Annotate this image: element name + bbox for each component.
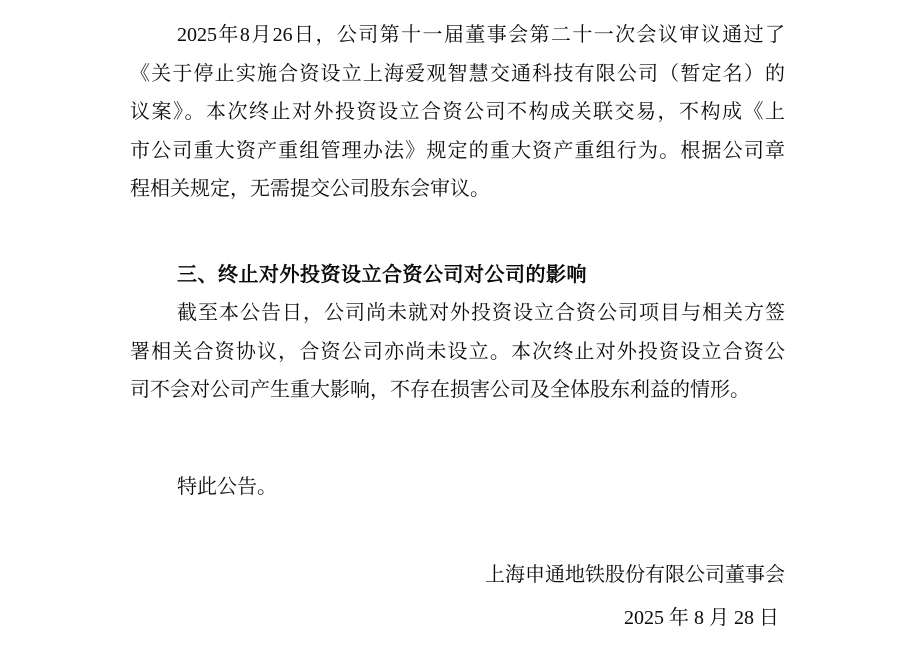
body-line: 议案》。本次终止对外投资设立合资公司不构成关联交易，不构成《上 xyxy=(130,93,785,132)
body-line: 2025年8月26日，公司第十一届董事会第二十一次会议审议通过了 xyxy=(130,16,785,55)
date-line: 2025 年 8 月 28 日 xyxy=(130,599,785,638)
body-line: 程相关规定，无需提交公司股东会审议。 xyxy=(130,170,785,209)
closing-line: 特此公告。 xyxy=(130,468,785,507)
body-line: 截至本公告日，公司尚未就对外投资设立合资公司项目与相关方签 xyxy=(130,294,785,333)
section-heading: 三、终止对外投资设立合资公司对公司的影响 xyxy=(130,256,785,295)
body-line: 司不会对公司产生重大影响，不存在损害公司及全体股东利益的情形。 xyxy=(130,371,785,410)
announcement-paragraph-2: 截至本公告日，公司尚未就对外投资设立合资公司项目与相关方签 署相关合资协议，合资… xyxy=(130,294,785,410)
signature-line: 上海申通地铁股份有限公司董事会 xyxy=(130,556,785,595)
announcement-paragraph-1: 2025年8月26日，公司第十一届董事会第二十一次会议审议通过了 《关于停止实施… xyxy=(130,16,785,209)
body-line: 《关于停止实施合资设立上海爱观智慧交通科技有限公司（暂定名）的 xyxy=(130,55,785,94)
body-line: 署相关合资协议，合资公司亦尚未设立。本次终止对外投资设立合资公 xyxy=(130,333,785,372)
document-page: 2025年8月26日，公司第十一届董事会第二十一次会议审议通过了 《关于停止实施… xyxy=(130,16,785,637)
body-line: 市公司重大资产重组管理办法》规定的重大资产重组行为。根据公司章 xyxy=(130,132,785,171)
